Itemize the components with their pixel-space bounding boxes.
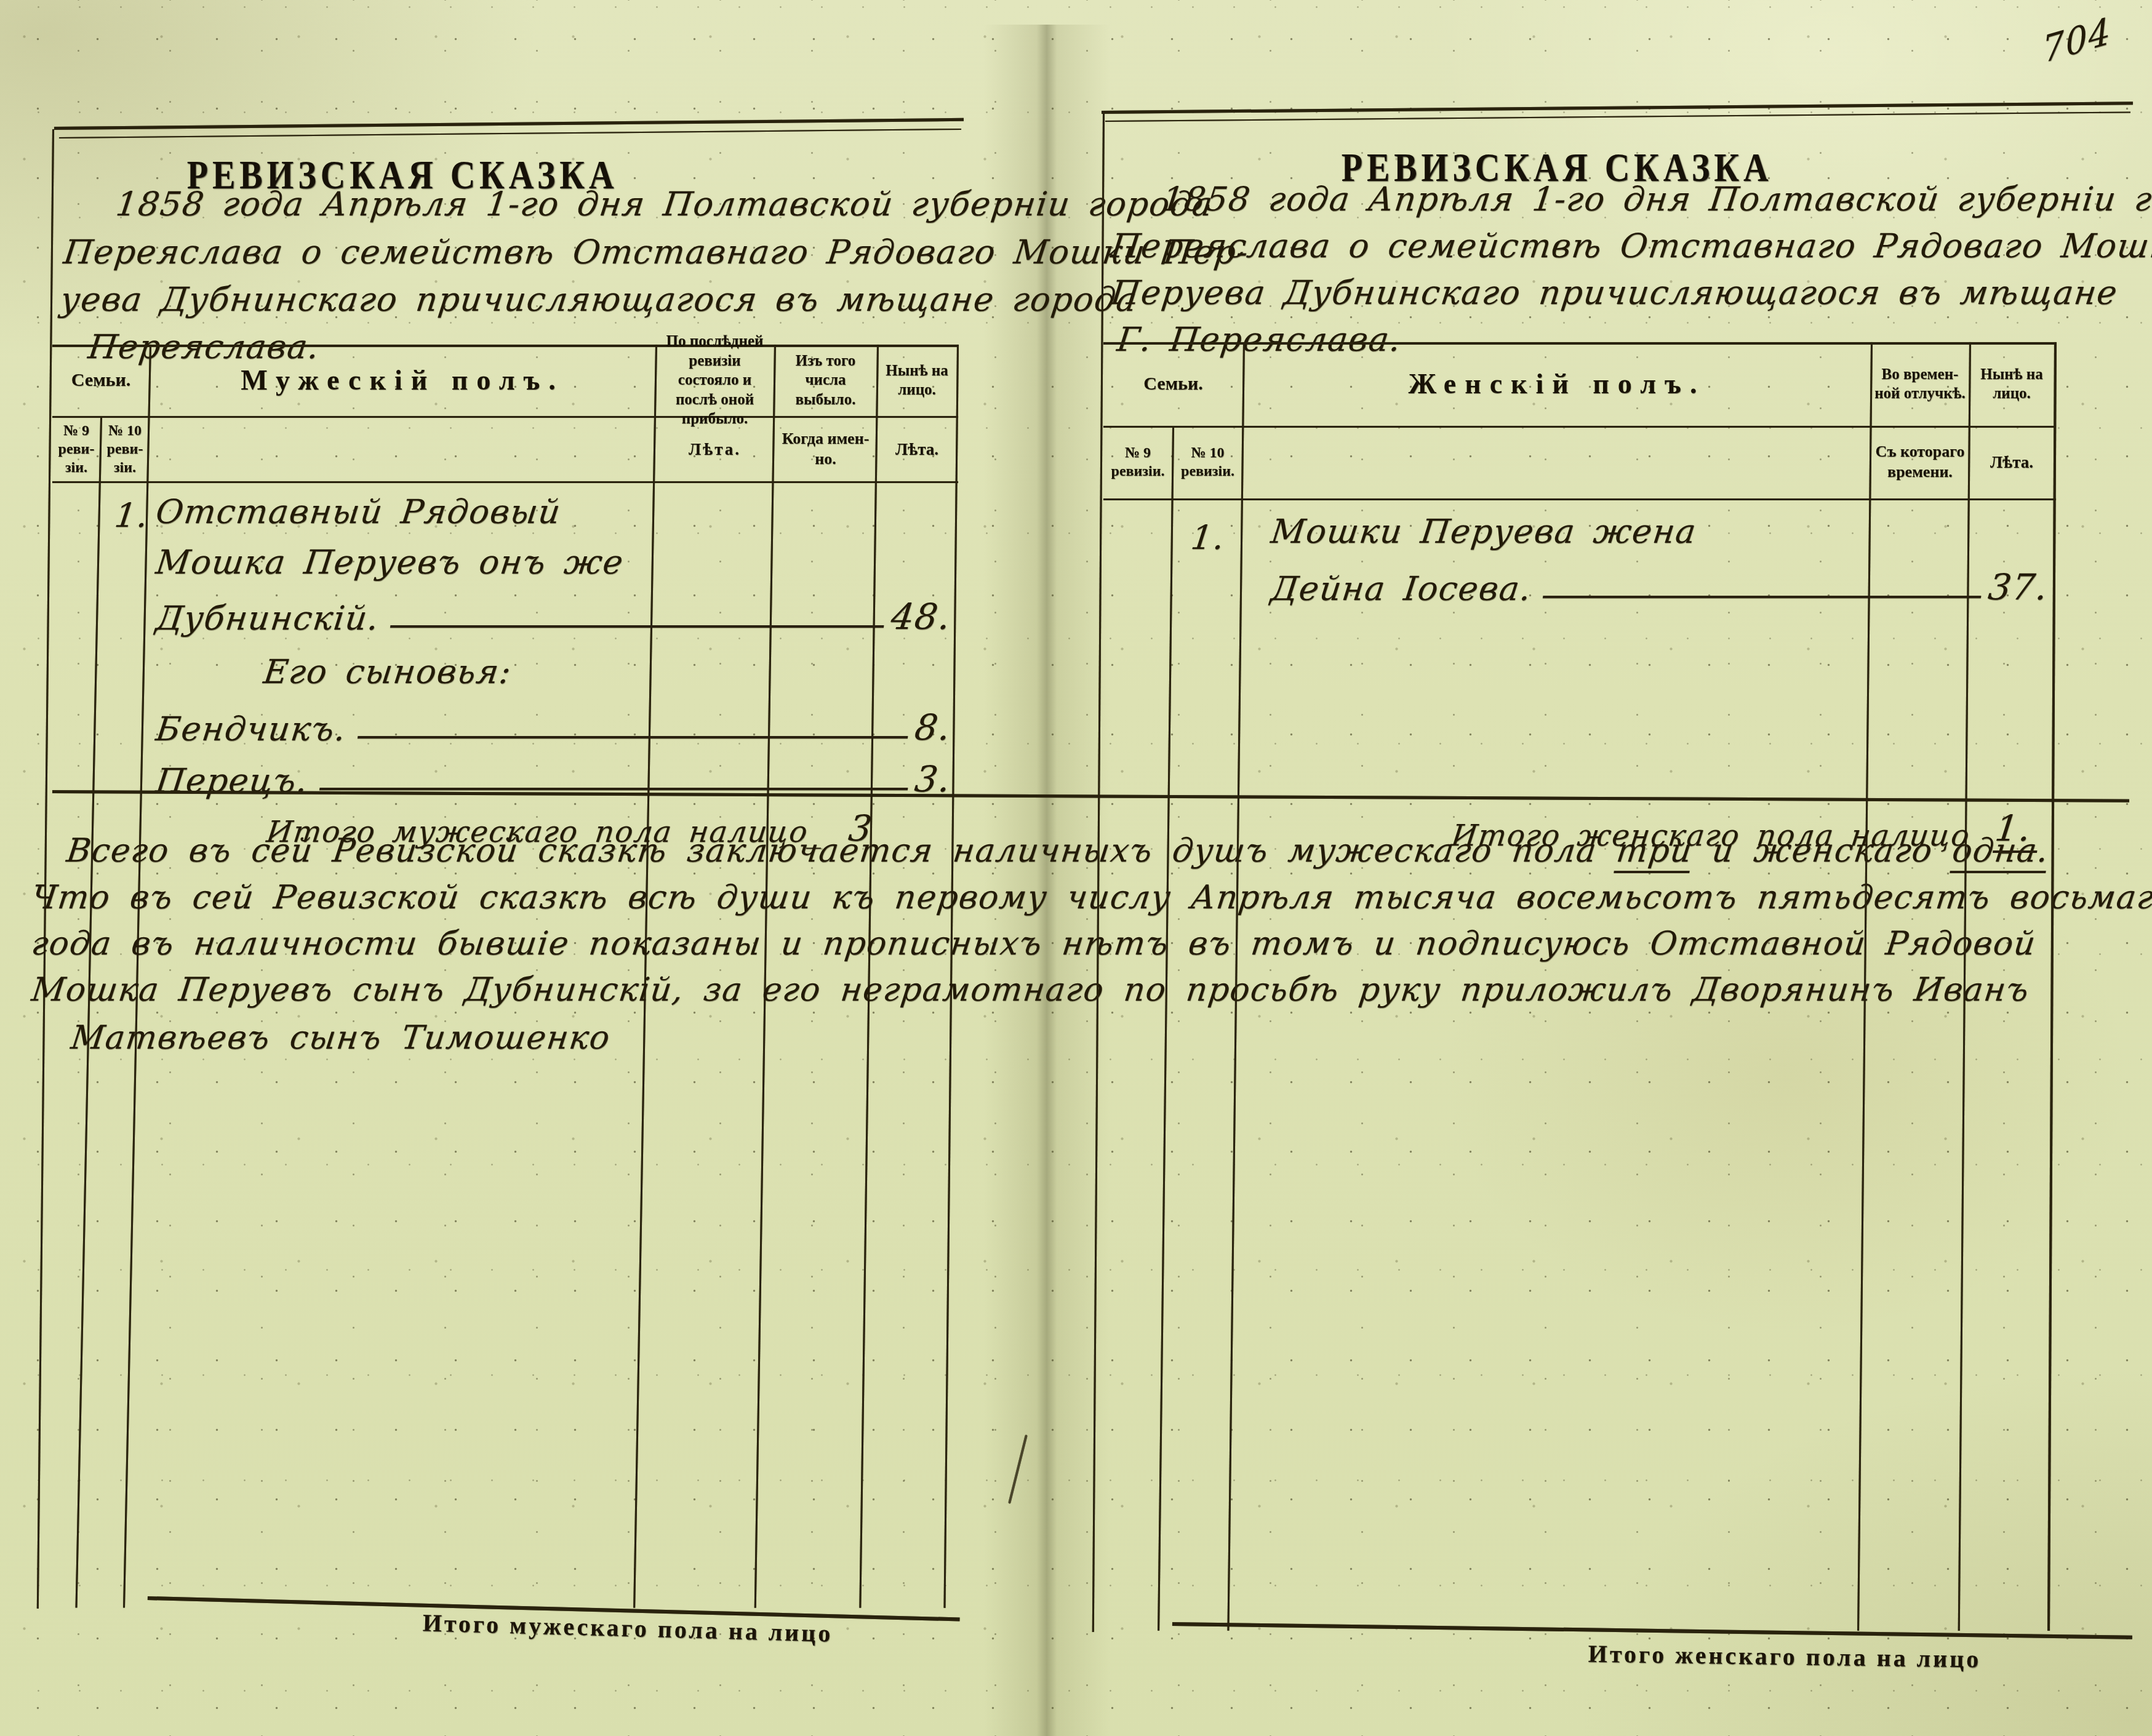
right-col-absence: Во времен­ной отлуч­кѣ. <box>1871 345 1969 423</box>
right-col-present: Нынѣ на лицо. <box>1969 345 2054 423</box>
left-preamble-line-2: Переяслава о семействѣ Отставнаго Рядова… <box>62 233 1251 271</box>
left-col-years-before: Лѣта. <box>655 418 774 480</box>
scanned-revision-list-sheet: { "colors": { "paper": "#dde2b5", "ink":… <box>0 0 2152 1736</box>
right-page-top-border-heavy <box>1102 102 2133 114</box>
left-col-present: Нынѣ на лицо. <box>877 346 957 415</box>
right-entry-row-1: Мошки Перуева жена <box>1269 512 2059 551</box>
certification-line-5-signature: Матвѣевъ сынъ Тимошенко <box>69 1019 612 1057</box>
left-col-rev10: № 10 реви­зіи. <box>100 418 150 480</box>
entry-text: Отставный Рядовый <box>154 492 563 531</box>
right-entry-row-2: Дейна Іосева. 37. <box>1269 566 2059 608</box>
right-page-top-border-thin <box>1105 111 2130 122</box>
certification-line-2: Что въ сей Ревизской сказкѣ всѣ души къ … <box>30 879 2152 916</box>
left-table-header-bottom-rule <box>52 481 958 483</box>
entry-text: Мошка Перуевъ онъ же <box>154 543 626 582</box>
left-preamble-line-1: 1858 года Апрѣля 1-го дня Полтавской губ… <box>114 185 1215 223</box>
left-col-when-exactly: Когда имен­но. <box>774 418 877 480</box>
subtotal-label: Итого женскаго пола налицо <box>1449 818 1972 853</box>
left-col-last-revision: По послѣдней ревизіи состояло и послѣ он… <box>655 346 774 415</box>
left-col-male-sex: Мужескій полъ. <box>150 346 655 415</box>
certification-line-3: года въ наличности бывшіе показаны и про… <box>30 925 2038 962</box>
right-table-header-bottom-rule <box>1103 498 2056 500</box>
certification-line-4: Мошка Перуевъ сынъ Дубнинскій, за его не… <box>30 971 2031 1009</box>
left-col-rev9: № 9 реви­зіи. <box>52 418 100 480</box>
right-preamble-line-1: 1858 года Апрѣля 1-го дня Полтавской губ… <box>1160 180 2152 218</box>
right-col-female-sex: Женскій полъ. <box>1243 345 1871 423</box>
entry-age: 37. <box>1986 566 2059 608</box>
entry-text: Дейна Іосева. <box>1269 569 1534 608</box>
right-table-bottom-heavy-rule <box>1172 1622 2132 1639</box>
left-table-vline-rev-split <box>75 418 102 1608</box>
page-number: 704 <box>2041 9 2113 71</box>
entry-text: Дубнинскій. <box>154 599 382 638</box>
ruled-dash <box>358 736 908 738</box>
ruled-dash <box>1543 596 1982 598</box>
right-subtotal-line: Итого женскаго пола налицо 1. <box>1422 807 2042 853</box>
right-col-since-when: Съ котораго времени. <box>1871 428 1969 496</box>
left-preamble-line-3: уева Дубнинскаго причисляющагося въ мѣща… <box>58 280 1140 319</box>
entry-age: 8. <box>913 706 962 748</box>
left-entry-family-number: 1. <box>113 496 151 535</box>
entry-text: Его сыновья: <box>262 652 514 691</box>
subtotal-value: 1. <box>1993 807 2042 853</box>
right-col-years: Лѣта. <box>1969 428 2054 496</box>
entry-text: Мошки Перуева жена <box>1269 512 1699 551</box>
left-entry-row-4: Его сыновья: <box>154 652 962 691</box>
right-preamble-line-3: Перуева Дубнинскаго причисляющагося въ м… <box>1109 273 2120 312</box>
right-footer-caption: Итого женскаго пола на лицо <box>1508 1638 2062 1675</box>
right-table-vline-rev-split <box>1158 428 1174 1631</box>
right-preamble-line-2: Переяслава о семействѣ Отставнаго Рядова… <box>1109 226 2152 265</box>
right-col-rev9: № 9 реви­зіи. <box>1103 428 1172 496</box>
right-table-header-mid-rule <box>1103 426 2056 428</box>
right-col-family: Семьи. <box>1103 345 1243 423</box>
entry-text: Бендчикъ. <box>154 710 348 748</box>
left-footer-caption: Итого мужескаго пола на лицо <box>345 1606 911 1650</box>
ruled-dash <box>319 788 908 790</box>
left-table-header-mid-rule <box>52 416 958 418</box>
left-entry-row-3: Дубнинскій. 48. <box>154 596 962 638</box>
right-entry-family-number: 1. <box>1189 518 1227 557</box>
left-page-top-border-thin <box>59 129 961 138</box>
left-col-departed: Изъ того числа выбыло. <box>774 346 877 415</box>
entry-age: 48. <box>889 596 962 638</box>
left-entry-row-1: Отставный Рядовый <box>154 492 962 531</box>
left-col-years-now: Лѣта. <box>877 418 957 480</box>
ruled-dash <box>390 625 884 628</box>
right-col-rev10: № 10 реви­зіи. <box>1172 428 1243 496</box>
cert-text: Всего въ сей Ревизской сказкѣ заключаетс… <box>65 832 1619 870</box>
left-page-top-border-heavy <box>54 118 964 130</box>
left-entry-row-5: Бендчикъ. 8. <box>154 706 962 748</box>
left-page-left-border <box>37 129 54 1609</box>
left-col-family: Семьи. <box>52 346 150 415</box>
left-entry-row-2: Мошка Перуевъ онъ же <box>154 543 962 582</box>
